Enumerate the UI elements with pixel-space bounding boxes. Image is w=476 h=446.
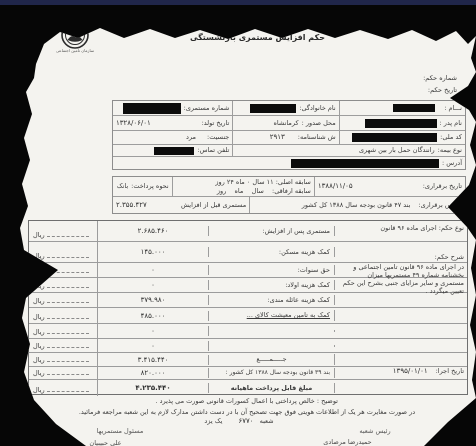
issue-place-value: کرمانشاه bbox=[273, 119, 298, 127]
decree-paper: سازمان تأمین اجتماعی حکم افزایش مستمری ب… bbox=[0, 0, 476, 446]
amounts-table: ریال ۲.۶۸۵.۴۶۰ مستمری پس از افزایش: ریال… bbox=[28, 220, 468, 395]
gender-label: جنسیت: bbox=[207, 133, 229, 141]
redacted-name bbox=[393, 104, 435, 112]
pension-before-value: ۲.۳۵۵.۴۲۷ bbox=[116, 201, 147, 210]
amount-label: کمک هزینه مسکن: bbox=[209, 247, 335, 257]
total-label: جـــــمـــــع bbox=[209, 354, 335, 364]
branch-label: شعبه bbox=[260, 417, 274, 425]
total-value: ۳.۴۱۵.۴۴۰ bbox=[98, 355, 209, 365]
currency-unit: ریال bbox=[33, 328, 45, 336]
pension-officer-name: علی حبیبیان bbox=[68, 439, 143, 446]
name-label: نـــام : bbox=[444, 104, 462, 112]
payable-label: مبلغ قابل پرداخت ماهیانه bbox=[209, 383, 335, 393]
redacted-national-id bbox=[352, 133, 437, 142]
exec-date-value: ۱۳۹۵/۰۱/۰۱ bbox=[393, 367, 428, 376]
budget-clause-value: ۸۲۰.۰۰۰ bbox=[98, 368, 209, 378]
establish-date-label: تاریخ برقراری: bbox=[423, 182, 462, 190]
branch-code: ۶۷۷۰ bbox=[238, 417, 253, 425]
dashed-filler bbox=[47, 272, 89, 273]
deduction-note: توضیح : خالص پرداختی با اعمال کسورات قان… bbox=[108, 397, 338, 405]
currency-unit: ریال bbox=[33, 267, 45, 275]
table-row: تاریخ تولد: ۱۳۲۸/۰۶/۰۱ محل صدور : کرمانش… bbox=[113, 116, 465, 131]
address-label: آدرس : bbox=[442, 159, 462, 167]
father-name-label: نام پدر : bbox=[440, 119, 463, 127]
amount-value: ۰ bbox=[98, 341, 209, 351]
dashed-filler bbox=[47, 374, 89, 375]
page-title: حکم افزایش مستمری بازنشستگی bbox=[185, 33, 330, 42]
amount-label: کمک هزینه عائله مندی: bbox=[209, 295, 335, 305]
pension-before-label: مستمری قبل از افزایش bbox=[181, 201, 246, 209]
currency-unit: ریال bbox=[33, 369, 45, 377]
dashed-filler bbox=[47, 236, 89, 237]
pension-no-label: شماره مستمری: bbox=[184, 104, 230, 112]
phone-label: تلفن تماس: bbox=[197, 146, 229, 154]
currency-unit: ریال bbox=[33, 231, 45, 239]
amount-label: حق سنوات: bbox=[209, 265, 335, 275]
amount-value: ۰ bbox=[98, 280, 209, 290]
id-no-label: ش شناسنامه: bbox=[298, 133, 336, 141]
amount-label: کمک به تامین معیشت کالای ... bbox=[209, 310, 335, 320]
establish-date-value: ۱۳۸۸/۱۱/۰۵ bbox=[318, 182, 353, 191]
dashed-filler bbox=[47, 333, 89, 334]
dashed-filler bbox=[47, 347, 89, 348]
dashed-filler bbox=[47, 361, 89, 362]
birth-date-value: ۱۳۲۸/۰۶/۰۱ bbox=[116, 119, 151, 128]
identity-table: شماره مستمری: نام خانوادگی: نـــام : تار… bbox=[112, 100, 466, 170]
basis-value: بند ۴۷ قانون بودجه سال ۱۳۸۸ کل کشور bbox=[302, 201, 411, 209]
redacted-family-name bbox=[250, 104, 296, 113]
scan-top-strip bbox=[0, 0, 476, 5]
dashed-filler bbox=[47, 257, 89, 258]
id-no-value: ۲۹۱۳ bbox=[270, 133, 285, 142]
table-row: نحوه پرداخت: بانک سابقه اصلی: ۱۱ سال ۰ م… bbox=[113, 177, 465, 197]
dashed-filler bbox=[47, 302, 89, 303]
decree-type-value: اجرای ماده ۹۶ قانون bbox=[380, 224, 436, 232]
amount-label: کمک هزینه اولاد: bbox=[209, 280, 335, 290]
decree-desc-text: در اجرای ماده ۹۶ قانون تامین اجتماعی و ب… bbox=[342, 263, 464, 296]
currency-unit: ریال bbox=[33, 342, 45, 350]
redacted-phone bbox=[154, 147, 194, 155]
payment-method-value: بانک bbox=[117, 182, 128, 190]
birth-date-label: تاریخ تولد: bbox=[202, 119, 230, 127]
amount-value: ۴۸۵.۰۰۰ bbox=[98, 311, 209, 321]
amount-value: ۳۷۹.۹۸۰ bbox=[98, 295, 209, 305]
currency-unit: ریال bbox=[33, 297, 45, 305]
decree-number-label: شماره حکم: bbox=[385, 74, 457, 82]
pension-officer-title: مسئول مستمریها bbox=[85, 427, 155, 435]
insurance-type-value: رانندگان حمل بار بین شهری bbox=[359, 146, 435, 154]
currency-unit: ریال bbox=[33, 356, 45, 364]
decree-detail-panel: نوع حکم: اجرای ماده ۹۶ قانون شرح حکم: در… bbox=[336, 221, 468, 394]
dashed-filler bbox=[47, 287, 89, 288]
insurance-type-label: نوع بیمه: bbox=[438, 146, 462, 154]
amount-value: ۱۴۵.۰۰۰ bbox=[98, 247, 209, 257]
currency-unit: ریال bbox=[33, 282, 45, 290]
amount-value: ۰ bbox=[98, 265, 209, 275]
amount-label: مستمری پس از افزایش: bbox=[209, 226, 335, 236]
amount-label bbox=[209, 345, 335, 347]
amount-value: ۲.۶۸۵.۴۶۰ bbox=[98, 226, 209, 236]
basis-label: اساس برقراری: bbox=[418, 201, 462, 209]
redacted-pension-no bbox=[123, 103, 181, 114]
decree-desc-label: شرح حکم: bbox=[435, 253, 464, 261]
table-row: جنسیت: مرد ش شناسنامه: ۲۹۱۳ کد ملی: bbox=[113, 131, 465, 145]
decree-date-label: تاریخ حکم: bbox=[385, 86, 457, 94]
dashed-filler bbox=[47, 318, 89, 319]
currency-unit: ریال bbox=[33, 386, 45, 394]
table-row: آدرس : bbox=[113, 157, 465, 169]
issue-place-label: محل صدور : bbox=[302, 119, 336, 127]
payment-method-label: نحوه پرداخت: bbox=[131, 182, 169, 190]
currency-unit: ریال bbox=[33, 313, 45, 321]
table-row: تلفن تماس: نوع بیمه: رانندگان حمل بار بی… bbox=[113, 145, 465, 157]
exec-date-label: تاریخ اجرا: bbox=[436, 367, 464, 376]
amount-label bbox=[209, 330, 335, 332]
service-history-main: سابقه اصلی: ۱۱ سال ۰ ماه ۲۴ روز bbox=[215, 178, 310, 186]
branch-name: یک یزد bbox=[204, 417, 222, 425]
amount-value: ۰ bbox=[98, 326, 209, 336]
branch-head-title: رئیس شعبه bbox=[340, 427, 410, 435]
national-id-label: کد ملی: bbox=[440, 133, 462, 141]
decree-type-label: نوع حکم: bbox=[439, 224, 464, 232]
currency-unit: ریال bbox=[33, 252, 45, 260]
emblem-caption: سازمان تأمین اجتماعی bbox=[44, 48, 106, 53]
table-row: شماره مستمری: نام خانوادگی: نـــام : bbox=[113, 101, 465, 116]
dashed-filler bbox=[47, 391, 89, 392]
branch-line: شعبه ۶۷۷۰ یک یزد bbox=[183, 417, 295, 426]
redacted-address bbox=[291, 159, 439, 168]
branch-head-name: حمیدرضا مرصادی bbox=[300, 438, 395, 446]
redacted-father-name bbox=[365, 119, 437, 128]
gender-value: مرد bbox=[186, 133, 196, 141]
family-name-label: نام خانوادگی: bbox=[299, 104, 335, 112]
scanned-pension-decree: سازمان تأمین اجتماعی حکم افزایش مستمری ب… bbox=[0, 0, 476, 446]
establishment-table: نحوه پرداخت: بانک سابقه اصلی: ۱۱ سال ۰ م… bbox=[112, 176, 466, 214]
correction-note: در صورت مغایرت هر یک از اطلاعات هویتی فو… bbox=[30, 408, 464, 416]
table-row: مستمری قبل از افزایش ۲.۳۵۵.۴۲۷ اساس برقر… bbox=[113, 197, 465, 213]
budget-clause-label: بند ۳۹ قانون بودجه سال ۱۳۸۸ کل کشور : bbox=[209, 368, 335, 378]
payable-value: ۴.۲۳۵.۴۴۰ bbox=[98, 383, 209, 393]
service-history-bonus: سابقه ارفاقی: سال ماه روز bbox=[217, 187, 311, 195]
